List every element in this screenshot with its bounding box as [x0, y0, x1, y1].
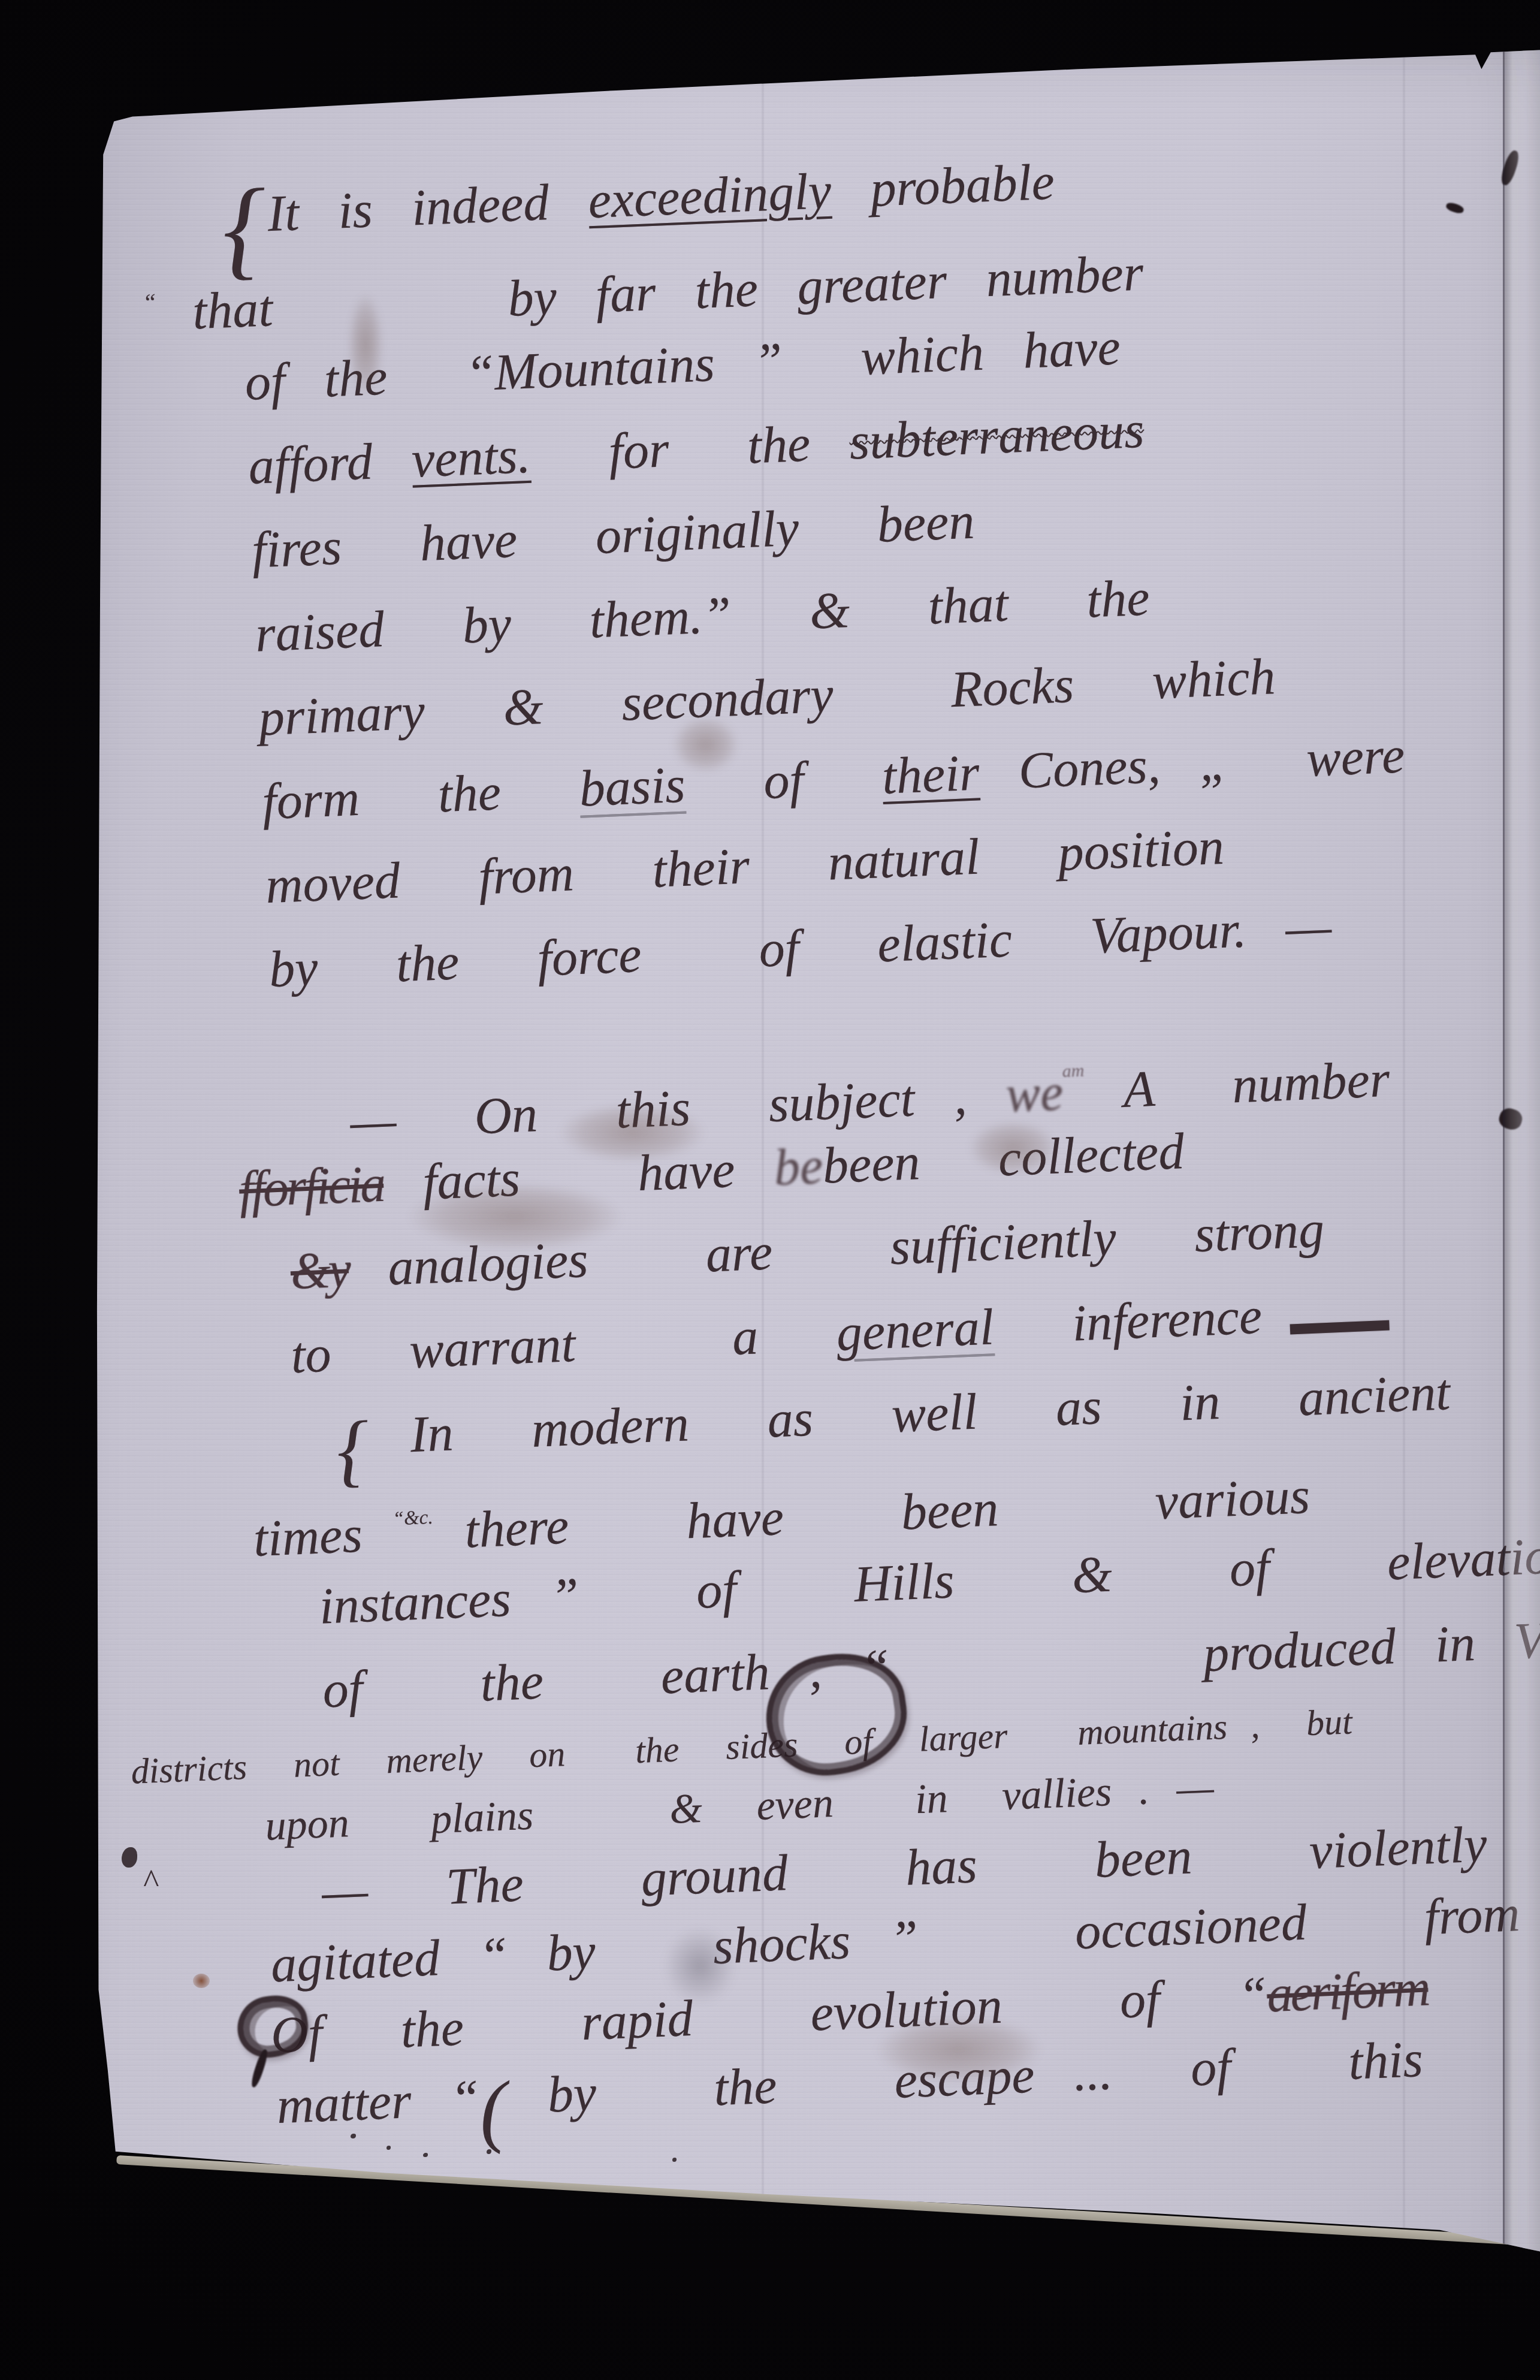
text-segment: fires have originally been [250, 491, 976, 578]
manuscript-line: primary & secondary Rocks which [257, 631, 1533, 767]
text-segment: times [252, 1506, 363, 1567]
manuscript-line: “ that by far the greater number [141, 211, 1516, 351]
text-segment: vents. [410, 426, 532, 488]
manuscript-line: — On this subject , weam A number [348, 1016, 1540, 1150]
text-segment: be [773, 1137, 824, 1196]
text-segment: exceedingly [587, 162, 832, 230]
manuscript-line: { In modern as well as in ancient [335, 1352, 1540, 1486]
text-segment: “ [142, 287, 192, 316]
text-segment: districts not merely on the sides of lar… [130, 1702, 1352, 1791]
text-segment: been collected [822, 1122, 1185, 1194]
text-segment: Of [270, 2004, 324, 2064]
dust-speck [58, 26, 62, 31]
manuscript-line: of the “Mountains ” which have [243, 295, 1519, 431]
manuscript-line: fforficia facts have bebeen collected [238, 1100, 1540, 1238]
text-segment: In modern as well as in ancient [370, 1363, 1451, 1465]
ink-smudge [542, 1097, 722, 1169]
ink-mark [1497, 1106, 1525, 1132]
text-segment: the rapid evolution of “ [321, 1965, 1268, 2062]
manuscript-line: afford vents. for the subterraneous [247, 379, 1523, 515]
text-segment: of [684, 747, 883, 813]
photo-backdrop: {It is indeed exceedingly probable“ that… [0, 0, 1540, 2380]
text-segment: there have been various [464, 1467, 1311, 1559]
text-segment: A number [1084, 1050, 1391, 1120]
text-segment: facts have [382, 1139, 775, 1212]
text-segment: Cones, „ were [978, 726, 1406, 801]
brace-mark: { [335, 1405, 371, 1495]
ink-mark [386, 2146, 391, 2150]
text-segment: by the force of elastic Vapour. — [268, 897, 1332, 999]
manuscript-line: by the force of elastic Vapour. — [268, 882, 1540, 1018]
ink-mark [193, 1974, 210, 1988]
brace-mark: ( [478, 2065, 508, 2155]
text-segment: form the [261, 760, 581, 831]
ink-smudge [345, 282, 386, 408]
brace-mark: { [220, 166, 265, 291]
text-segment: general [835, 1298, 995, 1362]
manuscript-line: of the earth , “ produced in Volcanic [321, 1603, 1540, 1738]
ink-mark [122, 1847, 137, 1868]
manuscript-line: upon plains & even in vallies . — [264, 1747, 1540, 1861]
ink-mark [1445, 201, 1465, 215]
text-segment: of the “Mountains ” which have [244, 318, 1121, 411]
ink-mark [1499, 149, 1521, 186]
ink-mark [487, 2149, 491, 2154]
ink-mark [351, 2134, 356, 2138]
text-segment: by the escape ... of this agent [507, 2019, 1540, 2125]
text-segment: It is indeed [266, 171, 589, 242]
ink-blot [758, 1645, 914, 1784]
gutter-crease [1503, 0, 1505, 2380]
manuscript-line: to warrant a general inference — [289, 1268, 1540, 1404]
paper-fold-line [1402, 0, 1406, 2380]
text-segment: afford [247, 431, 413, 495]
dust-speck [726, 2336, 730, 2340]
ink-blot [233, 1991, 312, 2061]
manuscript-line: — The ground has been violently [321, 1810, 1540, 1932]
insertion-caret: ^ [143, 1863, 157, 1901]
text-segment: — The ground has been violently [321, 1815, 1488, 1920]
text-segment: their [881, 743, 980, 805]
manuscript-line: raised by them.” & that the [254, 547, 1530, 683]
manuscript-line: moved from their natural position [264, 798, 1540, 934]
manuscript-page: {It is indeed exceedingly probable“ that… [0, 0, 1540, 2380]
ink-smudge [652, 1915, 748, 2017]
text-segment: upon plains & even in vallies . — [264, 1764, 1215, 1850]
ink-smudge [959, 1115, 1067, 1181]
manuscript-line: &y analogies are sufficiently strong [289, 1184, 1540, 1320]
manuscript-line: fires have originally been [250, 463, 1526, 599]
text-segment: matter “ [276, 2069, 481, 2135]
manuscript-line: agitated “ by shocks ” occasioned from [270, 1881, 1540, 2005]
ink-smudge [857, 2008, 1061, 2092]
ink-smudge [665, 710, 746, 779]
adjacent-page-edge [1503, 0, 1540, 2380]
manuscript-line: instances ” of Hills & of elevations [318, 1519, 1540, 1654]
text-segment: inference [992, 1285, 1302, 1355]
manuscript-text: {It is indeed exceedingly probable“ that… [228, 127, 1540, 2145]
text-segment: instances ” of Hills & of elevations [318, 1525, 1540, 1634]
text-segment: agitated “ by shocks ” occasioned from [270, 1884, 1521, 1993]
text-segment: probable [830, 152, 1055, 219]
text-segment: — [1287, 1211, 1393, 1413]
manuscript-line: {It is indeed exceedingly probable [221, 127, 1512, 264]
manuscript-line: times “&c. there have been various [252, 1435, 1540, 1573]
paper-fold-line [761, 0, 765, 2380]
text-segment: basis [578, 756, 687, 818]
text-segment: fforficia [238, 1155, 385, 1218]
text-segment: “&c. [361, 1506, 465, 1531]
text-segment: moved from their natural position [264, 818, 1225, 915]
text-segment: we [1005, 1063, 1064, 1123]
text-segment: — On this subject , [349, 1066, 1007, 1150]
ink-smudge [384, 1175, 647, 1259]
manuscript-line: form the basis of their Cones, „ were [261, 714, 1536, 850]
text-segment: primary & secondary Rocks which [258, 647, 1276, 747]
text-segment: produced in Volcanic [1202, 1605, 1540, 1682]
text-segment: analogies are sufficiently strong [348, 1200, 1325, 1298]
text-segment: that by far the greater number [191, 244, 1145, 340]
dust-speck [203, 2347, 207, 2351]
ink-mark [423, 2153, 428, 2157]
text-segment: subterraneous [848, 401, 1146, 470]
dust-speck [18, 1410, 22, 1413]
text-segment: am [1062, 1061, 1085, 1081]
text-segment: &y [289, 1240, 350, 1300]
manuscript-line: matter “( by the escape ... of this agen… [276, 2022, 1540, 2147]
manuscript-line: districts not merely on the sides of lar… [130, 1687, 1540, 1806]
ink-mark [672, 2158, 677, 2162]
text-segment: raised by them.” & that the [254, 569, 1151, 663]
text-segment: for the [529, 413, 850, 484]
manuscript-line: Of the rapid evolution of “aeriform [270, 1951, 1540, 2076]
text-segment: of the earth , “ [321, 1638, 890, 1719]
text-segment [889, 1625, 1204, 1695]
text-segment: to warrant a [290, 1304, 838, 1384]
text-segment: aeriform [1266, 1959, 1429, 2023]
ink-mark [249, 2048, 270, 2088]
